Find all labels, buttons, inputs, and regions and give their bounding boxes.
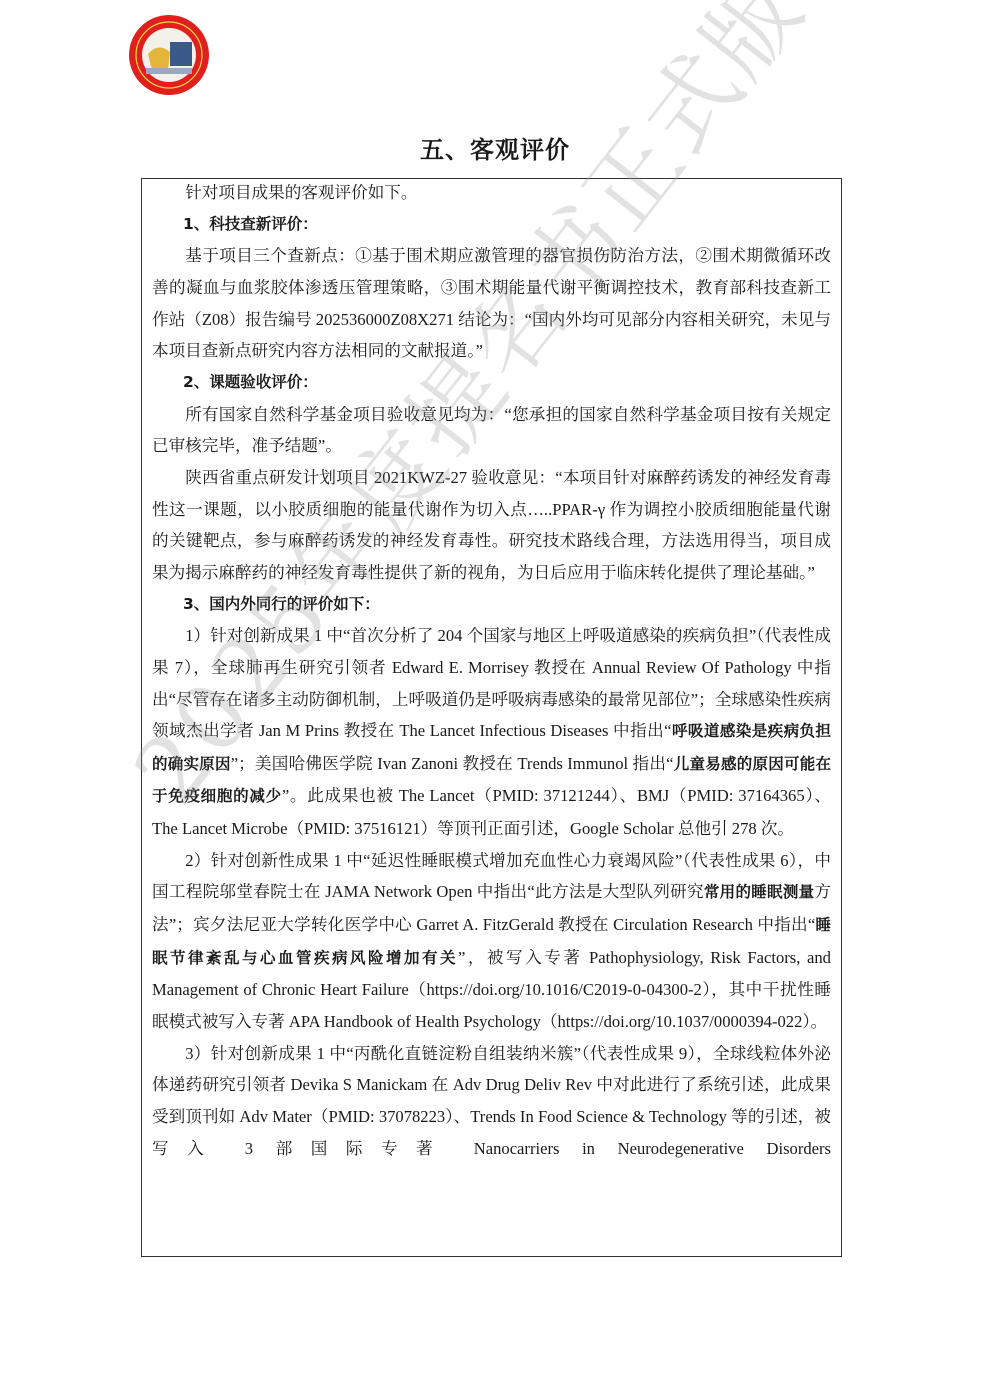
section3-heading: 3、国内外同行的评价如下：: [152, 589, 831, 621]
section2-paragraph-nsfc: 所有国家自然科学基金项目验收意见均为：“您承担的国家自然科学基金项目按有关规定已…: [152, 399, 831, 462]
section-title: 五、客观评价: [0, 130, 990, 165]
peer-review-item-3: 3）针对创新成果 1 中“丙酰化直链淀粉自组装纳米簇”（代表性成果 9），全球线…: [152, 1038, 831, 1165]
peer-review-item-1: 1）针对创新成果 1 中“首次分析了 204 个国家与地区上呼吸道感染的疾病负担…: [152, 620, 831, 845]
section2-paragraph-shaanxi: 陕西省重点研发计划项目 2021KWZ-27 验收意见：“本项目针对麻醉药诱发的…: [152, 462, 831, 589]
evaluation-box: 针对项目成果的客观评价如下。 1、科技查新评价： 基于项目三个查新点：①基于围术…: [141, 178, 842, 1257]
section1-paragraph: 基于项目三个查新点：①基于围术期应激管理的器官损伤防治方法，②围术期微循环改善的…: [152, 240, 831, 367]
evaluation-content: 针对项目成果的客观评价如下。 1、科技查新评价： 基于项目三个查新点：①基于围术…: [152, 178, 831, 1164]
section2-heading: 2、课题验收评价：: [152, 367, 831, 399]
section1-heading: 1、科技查新评价：: [152, 209, 831, 241]
intro-text: 针对项目成果的客观评价如下。: [152, 178, 831, 209]
peer-review-item-2: 2）针对创新性成果 1 中“延迟性睡眠模式增加充血性心力衰竭风险”（代表性成果 …: [152, 845, 831, 1038]
official-seal-icon: [128, 14, 210, 96]
bold-quote: 常用的睡眠测量: [704, 883, 815, 901]
